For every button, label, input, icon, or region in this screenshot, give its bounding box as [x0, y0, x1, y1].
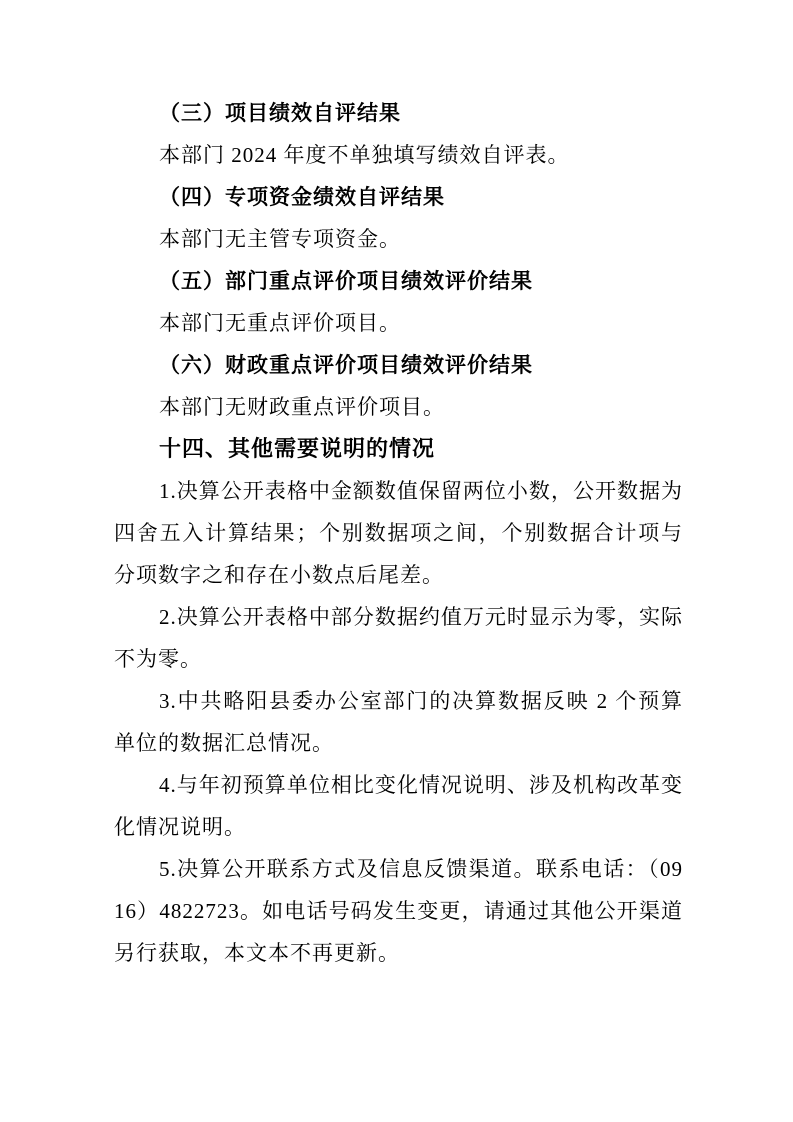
paragraph-note-2: 2.决算公开表格中部分数据约值万元时显示为零，实际不为零。: [114, 596, 683, 680]
heading-section-fourteen: 十四、其他需要说明的情况: [114, 428, 683, 470]
paragraph-project-performance-self-eval: 本部门 2024 年度不单独填写绩效自评表。: [114, 134, 683, 176]
paragraph-special-funds-self-eval: 本部门无主管专项资金。: [114, 218, 683, 260]
document-page: （三）项目绩效自评结果 本部门 2024 年度不单独填写绩效自评表。 （四）专项…: [0, 0, 793, 1122]
paragraph-finance-key-eval: 本部门无财政重点评价项目。: [114, 386, 683, 428]
document-content: （三）项目绩效自评结果 本部门 2024 年度不单独填写绩效自评表。 （四）专项…: [114, 92, 683, 974]
paragraph-note-1: 1.决算公开表格中金额数值保留两位小数，公开数据为四舍五入计算结果；个别数据项之…: [114, 470, 683, 596]
subheading-special-funds-self-eval: （四）专项资金绩效自评结果: [114, 176, 683, 218]
subheading-finance-key-eval: （六）财政重点评价项目绩效评价结果: [114, 344, 683, 386]
paragraph-note-3: 3.中共略阳县委办公室部门的决算数据反映 2 个预算单位的数据汇总情况。: [114, 680, 683, 764]
subheading-project-performance-self-eval: （三）项目绩效自评结果: [114, 92, 683, 134]
paragraph-note-4: 4.与年初预算单位相比变化情况说明、涉及机构改革变化情况说明。: [114, 764, 683, 848]
paragraph-note-5: 5.决算公开联系方式及信息反馈渠道。联系电话：（0916）4822723。如电话…: [114, 848, 683, 974]
paragraph-department-key-eval: 本部门无重点评价项目。: [114, 302, 683, 344]
subheading-department-key-eval: （五）部门重点评价项目绩效评价结果: [114, 260, 683, 302]
